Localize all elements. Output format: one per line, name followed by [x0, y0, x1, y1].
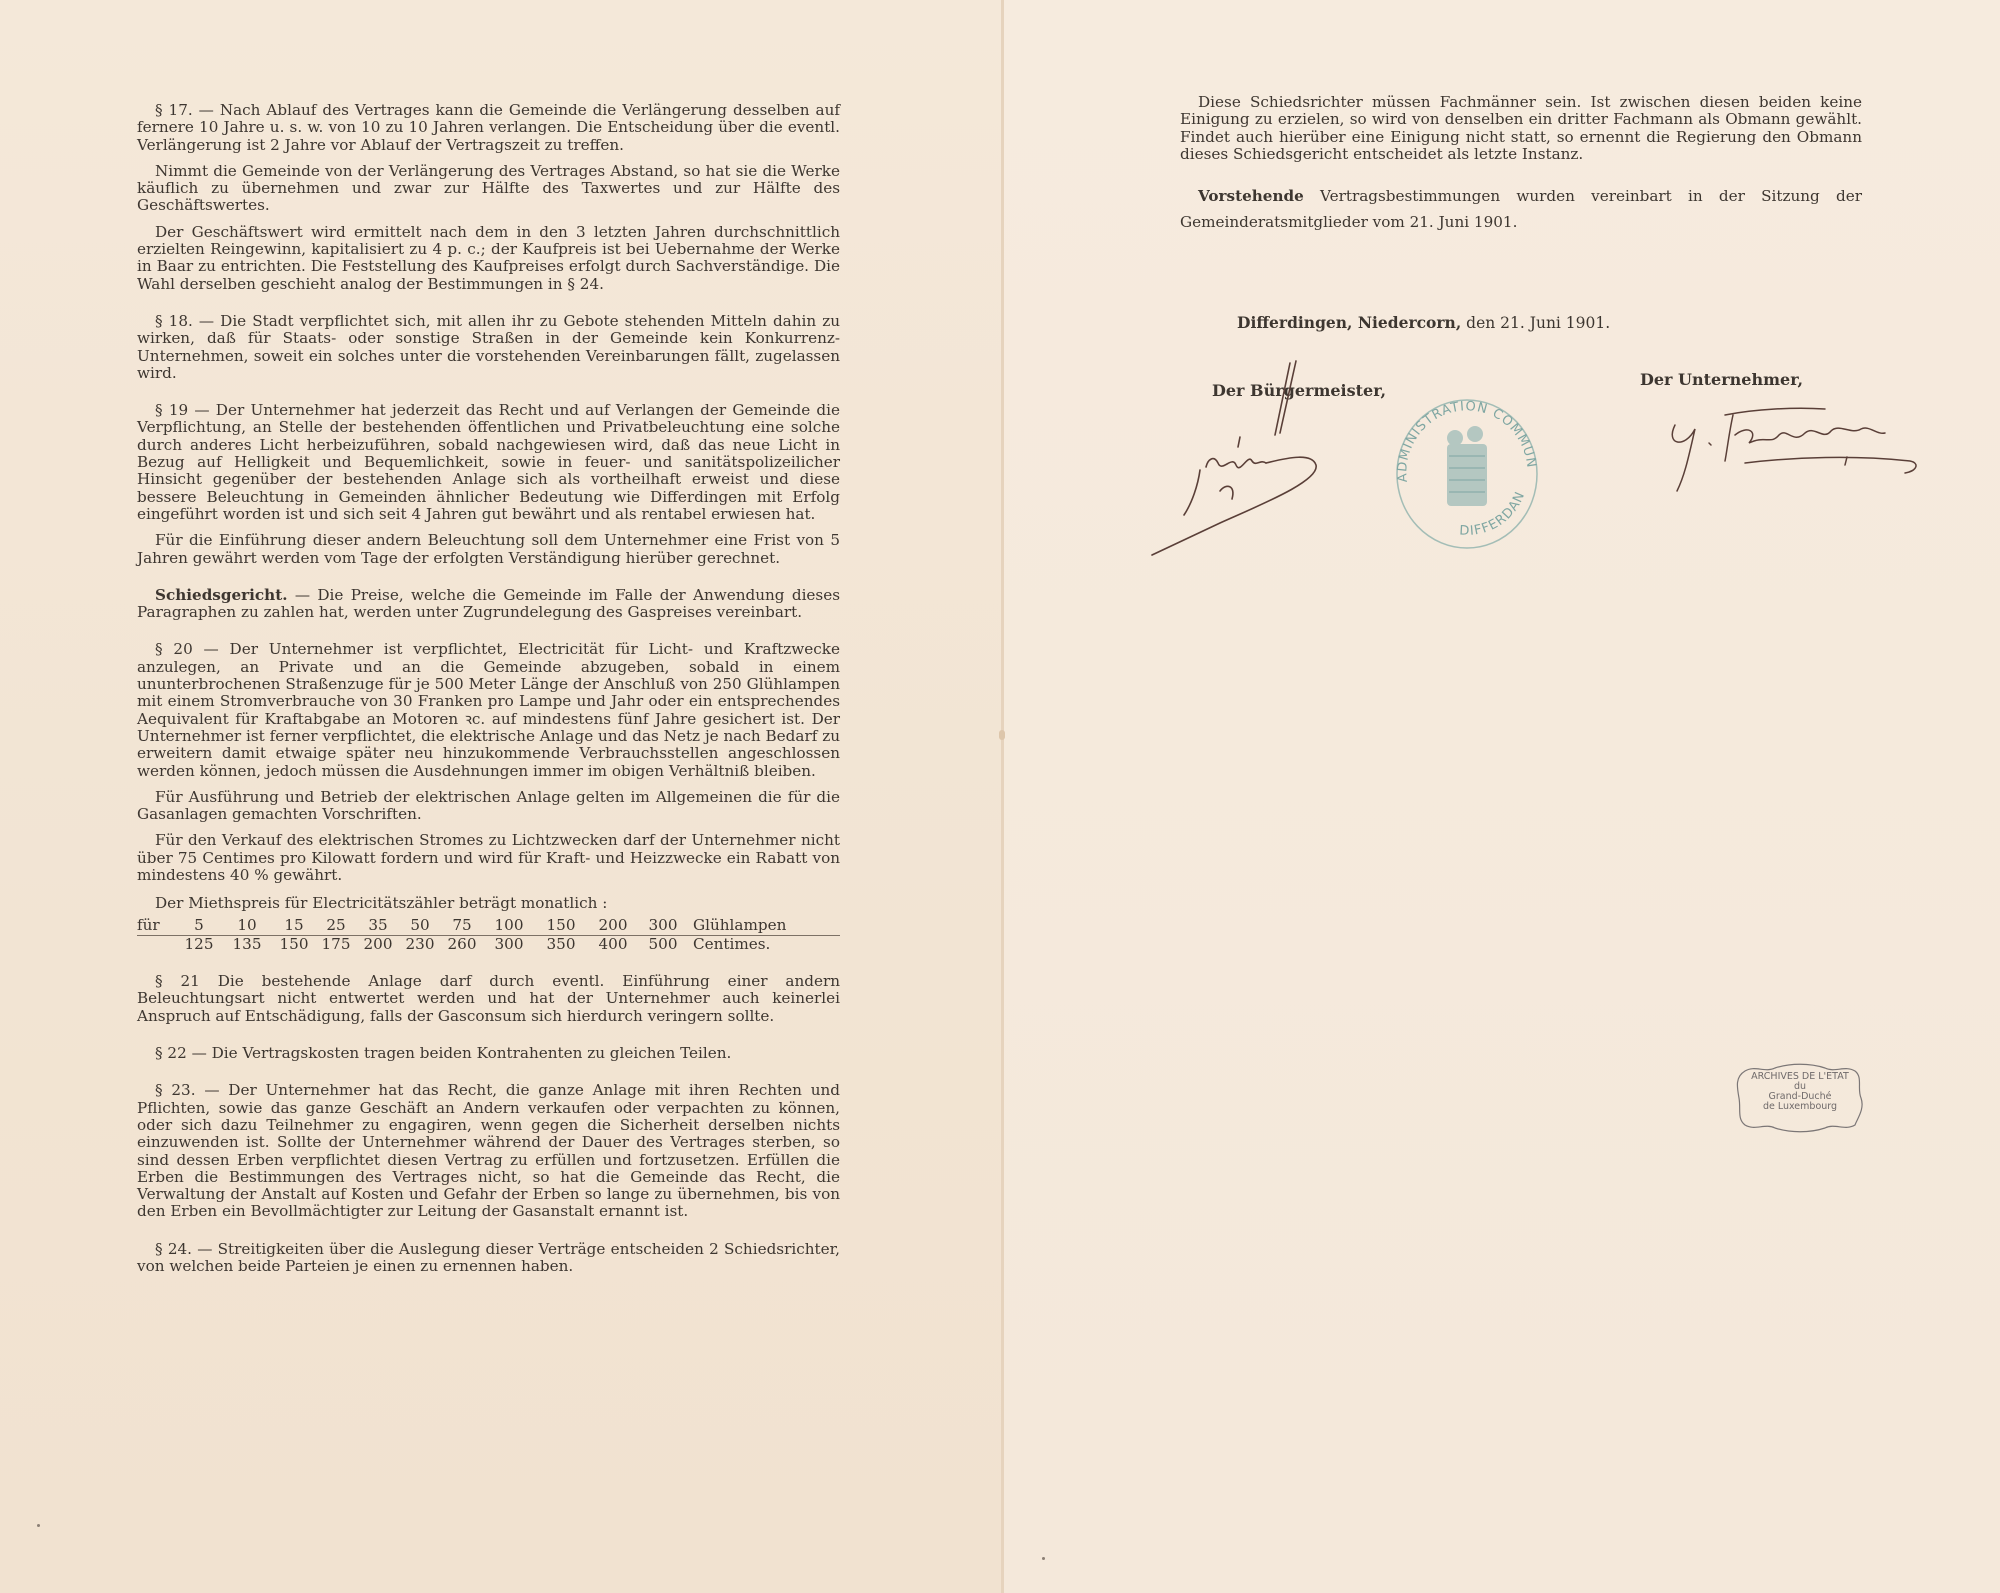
section-20-paragraph-2: Für Ausführung und Betrieb der elektrisc… — [137, 789, 840, 824]
agreement-paragraph: Vorstehende Vertragsbestimmungen wurden … — [1180, 183, 1862, 235]
agreement-lead: Vorstehende — [1198, 187, 1304, 205]
meter-table-intro: Der Miethspreis für Electricitätszähler … — [137, 895, 840, 912]
table-cell: 125 — [177, 936, 221, 953]
table-cell: 150 — [273, 936, 315, 953]
mayor-signature-icon — [1140, 355, 1400, 565]
place-and-date: Differdingen, Niedercorn, den 21. Juni 1… — [1237, 313, 1610, 332]
table-cell: 5 — [177, 917, 221, 934]
table-cell: 10 — [221, 917, 273, 934]
table-cell: 300 — [483, 936, 535, 953]
left-text-column: § 17. — Nach Ablauf des Vertrages kann d… — [137, 102, 840, 1275]
date: den 21. Juni 1901. — [1461, 314, 1610, 332]
table-cell: 75 — [441, 917, 483, 934]
page-gutter — [1001, 0, 1004, 1593]
table-cell: 200 — [357, 936, 399, 953]
contractor-label: Der Unternehmer, — [1640, 370, 1803, 389]
section-23: § 23. — Der Unternehmer hat das Recht, d… — [137, 1082, 840, 1220]
municipal-seal-icon: ADMINISTRATION COMMUNALE DIFFERDANGE — [1385, 392, 1545, 552]
contractor-signature-icon — [1655, 405, 1955, 495]
right-page — [1004, 0, 2000, 1593]
archive-line-4: de Luxembourg — [1735, 1102, 1865, 1112]
table-cell: 200 — [587, 917, 639, 934]
section-24: § 24. — Streitigkeiten über die Auslegun… — [137, 1241, 840, 1276]
arbitration-paragraph: Diese Schiedsrichter müssen Fachmänner s… — [1180, 94, 1862, 163]
section-21: § 21 Die bestehende Anlage darf durch ev… — [137, 973, 840, 1025]
section-17-paragraph-3: Der Geschäftswert wird ermittelt nach de… — [137, 224, 840, 293]
section-18: § 18. — Die Stadt verpflichtet sich, mit… — [137, 313, 840, 382]
section-17-paragraph-1: § 17. — Nach Ablauf des Vertrages kann d… — [137, 102, 840, 154]
meter-rent-table: Der Miethspreis für Electricitätszähler … — [137, 895, 840, 953]
table-cell: 500 — [639, 936, 687, 953]
table-cell: 300 — [639, 917, 687, 934]
table-cell: 350 — [535, 936, 587, 953]
table-cell: 135 — [221, 936, 273, 953]
table-cell: 100 — [483, 917, 535, 934]
schiedsgericht-paragraph: Schiedsgericht. — Die Preise, welche die… — [137, 587, 840, 622]
section-17-paragraph-2: Nimmt die Gemeinde von der Verlängerung … — [137, 163, 840, 215]
section-19-paragraph-2: Für die Einführung dieser andern Beleuch… — [137, 532, 840, 567]
table-cell: 260 — [441, 936, 483, 953]
table-cell: Centimes. — [687, 936, 840, 953]
table-cell: 400 — [587, 936, 639, 953]
section-20-paragraph-1: § 20 — Der Unternehmer ist verpflichtet,… — [137, 641, 840, 779]
archive-stamp: ARCHIVES DE L'ETAT du Grand-Duché de Lux… — [1735, 1063, 1865, 1133]
table-cell: 150 — [535, 917, 587, 934]
table-cell: 35 — [357, 917, 399, 934]
table-cell: 230 — [399, 936, 441, 953]
gutter-mark — [999, 730, 1005, 740]
right-text-column: Diese Schiedsrichter müssen Fachmänner s… — [1180, 94, 1862, 235]
place: Differdingen, Niedercorn, — [1237, 313, 1461, 332]
section-19-paragraph-1: § 19 — Der Unternehmer hat jederzeit das… — [137, 402, 840, 523]
table-row-prices: 125 135 150 175 200 230 260 300 350 400 … — [137, 936, 840, 953]
section-22: § 22 — Die Vertragskosten tragen beiden … — [137, 1045, 840, 1062]
table-cell: 175 — [315, 936, 357, 953]
paper-speck — [37, 1524, 40, 1527]
table-row-lamps: für 5 10 15 25 35 50 75 100 150 200 300 … — [137, 917, 840, 936]
table-cell: 50 — [399, 917, 441, 934]
table-cell: für — [137, 917, 177, 934]
table-cell: Glühlampen — [687, 917, 840, 934]
table-cell: 15 — [273, 917, 315, 934]
paper-speck — [1042, 1557, 1045, 1560]
table-cell: 25 — [315, 917, 357, 934]
schiedsgericht-heading: Schiedsgericht. — [155, 586, 288, 604]
section-20-paragraph-3: Für den Verkauf des elektrischen Stromes… — [137, 832, 840, 884]
